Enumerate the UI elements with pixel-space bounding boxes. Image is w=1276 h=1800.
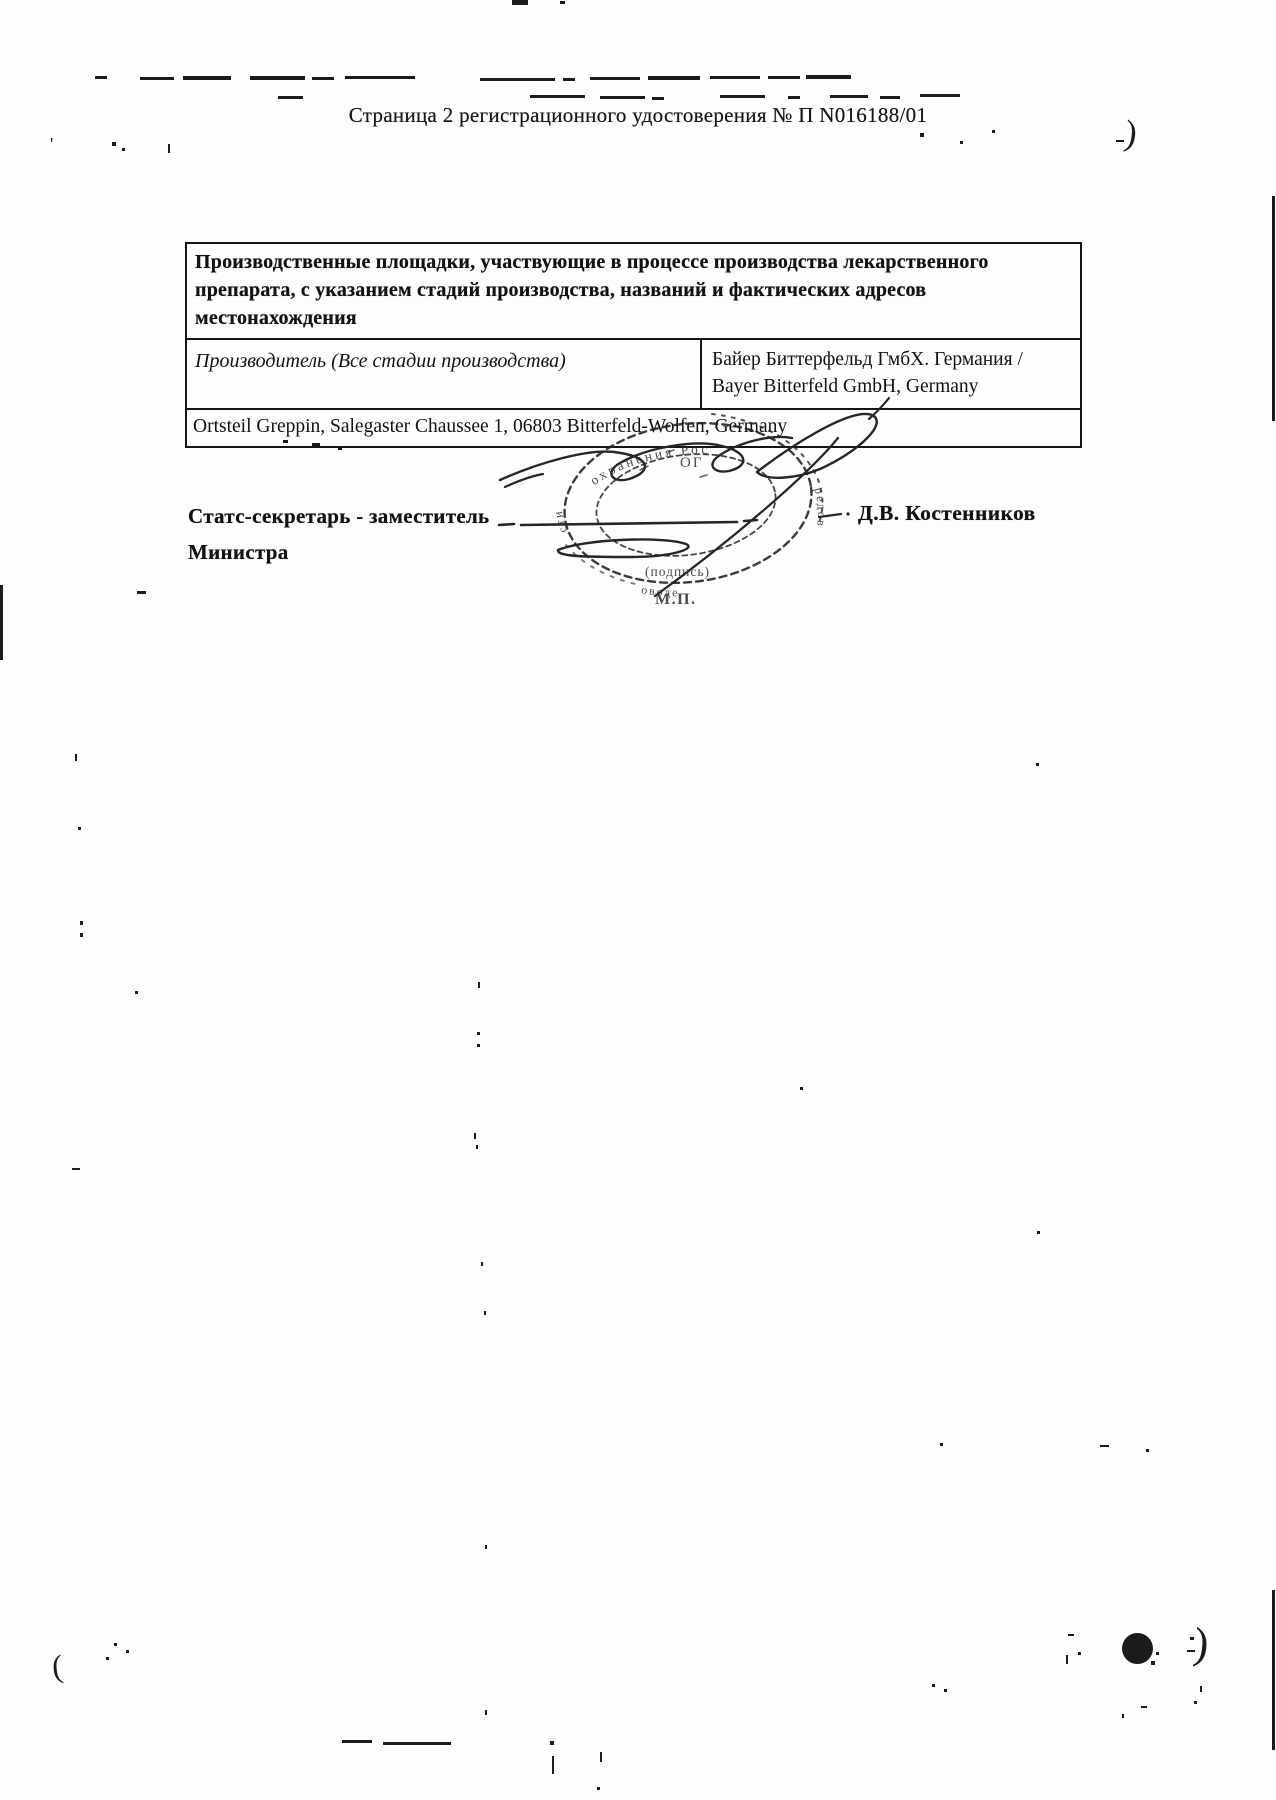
scan-artifact: [768, 76, 800, 79]
scan-artifact: [1194, 1701, 1197, 1704]
scan-artifact: [312, 443, 320, 446]
scan-artifact: [250, 76, 305, 80]
stamp-center-text: ОГ: [680, 455, 704, 471]
signer-position-line1: Статс-секретарь - заместитель: [188, 504, 489, 529]
scan-artifact: [338, 447, 342, 450]
scan-artifact: [1141, 1706, 1147, 1708]
scan-artifact: [597, 1787, 600, 1790]
scan-artifact: [1068, 1634, 1074, 1636]
scan-artifact: [80, 933, 83, 937]
scan-artifact: [80, 921, 83, 925]
scan-artifact: [1116, 140, 1124, 142]
scan-artifact: [560, 1, 565, 4]
signature-loop: [757, 414, 877, 478]
scan-artifact: [992, 130, 995, 133]
signature-caption: (подпись): [645, 564, 710, 579]
scan-artifact: [75, 754, 77, 761]
scan-artifact: [477, 1032, 480, 1035]
scan-artifact: [1272, 1590, 1275, 1750]
scan-artifact: [720, 95, 765, 98]
scan-artifact: [600, 1752, 602, 1762]
scan-artifact: [114, 1643, 117, 1646]
scan-artifact: [806, 75, 851, 79]
scan-artifact: [135, 991, 138, 994]
scan-artifact: [1100, 1445, 1109, 1447]
scan-artifact: [1190, 1637, 1194, 1640]
scan-artifact: [940, 1443, 943, 1446]
scan-artifact: [944, 1689, 947, 1692]
scan-artifact: [788, 96, 800, 99]
scan-artifact: [183, 76, 231, 80]
scan-artifact: [652, 97, 664, 100]
scan-artifact: [1187, 1650, 1195, 1652]
svg-text:сти: сти: [551, 509, 571, 536]
scan-artifact: [476, 1145, 478, 1149]
scan-artifact: [932, 1684, 935, 1687]
scan-artifact: (: [50, 1648, 64, 1686]
scan-artifact: [478, 982, 480, 988]
scan-artifact: [474, 1133, 476, 1139]
scan-artifact: [140, 77, 174, 80]
scan-artifact: [72, 1168, 80, 1170]
scan-artifact: [552, 1756, 554, 1774]
scan-artifact: [512, 0, 528, 5]
page-title: Страница 2 регистрационного удостоверени…: [188, 103, 1088, 128]
scan-artifact: [342, 1740, 372, 1743]
scan-artifact: [880, 96, 900, 99]
scan-artifact: [600, 96, 645, 99]
scan-artifact: [477, 1044, 480, 1047]
scan-artifact: [563, 78, 575, 81]
scan-artifact: [278, 96, 303, 99]
svg-text:редов: редов: [812, 486, 830, 529]
scan-artifact: [0, 585, 3, 660]
scan-artifact: [960, 141, 963, 144]
scan-artifact: [590, 77, 640, 80]
scan-artifact: [112, 142, 116, 146]
scan-artifact: [1066, 1655, 1068, 1664]
scan-artifact: [106, 1657, 109, 1660]
scan-artifact: [1151, 1661, 1155, 1665]
signer-position-line2: Министра: [188, 540, 289, 565]
scan-artifact: [78, 827, 81, 830]
scan-artifact: [530, 95, 585, 98]
ink-blot: [1122, 1633, 1153, 1664]
scan-artifact: [126, 1650, 129, 1653]
scan-artifact: ': [50, 134, 53, 155]
scan-artifact: [1200, 1686, 1202, 1692]
scan-artifact: [485, 1710, 487, 1715]
scanned-document-page: Страница 2 регистрационного удостоверени…: [0, 0, 1276, 1800]
scan-artifact: [312, 77, 334, 80]
scan-artifact: [122, 148, 125, 151]
scan-artifact: [1037, 1231, 1040, 1234]
seal-abbr: М.П.: [655, 591, 697, 608]
signature-dot: [846, 512, 849, 515]
scan-artifact: [485, 1545, 487, 1549]
scan-artifact: [480, 78, 555, 81]
scan-artifact: ): [1122, 111, 1140, 154]
scan-artifact: [648, 76, 700, 80]
stamp-rim-text-right: редов: [812, 486, 830, 529]
scan-artifact: [710, 76, 760, 79]
stamp-rim-text-left: сти: [551, 509, 571, 536]
scan-artifact: [920, 133, 924, 137]
scan-artifact: [1272, 196, 1275, 421]
official-stamp: охранения Рос редов оводе сти ОГ (подпис…: [460, 375, 900, 630]
scan-artifact: [830, 95, 868, 98]
scan-artifact: [1146, 1449, 1149, 1452]
scan-artifact: [550, 1741, 554, 1745]
scan-artifact: [800, 1087, 803, 1090]
scan-artifact: ): [1191, 1617, 1211, 1669]
scan-artifact: [283, 440, 288, 443]
scan-artifact: [481, 1262, 483, 1266]
scan-artifact: [383, 1742, 451, 1745]
scan-artifact: [1078, 1652, 1081, 1655]
scan-artifact: [345, 76, 415, 79]
scan-artifact: [1122, 1714, 1124, 1718]
scan-artifact: [1156, 1652, 1159, 1655]
scan-artifact: [95, 76, 107, 79]
scan-artifact: [484, 1311, 486, 1315]
table-header-cell: Производственные площадки, участвующие в…: [187, 244, 1080, 338]
signature-loop-tip: [869, 398, 889, 419]
scan-artifact: [1036, 763, 1039, 766]
scan-artifact: [168, 144, 170, 153]
scan-artifact: [920, 94, 960, 97]
stamp-outer-ring2-left: [566, 545, 640, 585]
signature-line: [499, 520, 757, 525]
stamp-outer-ring2-right: [712, 414, 822, 520]
scan-artifact: [137, 591, 146, 594]
